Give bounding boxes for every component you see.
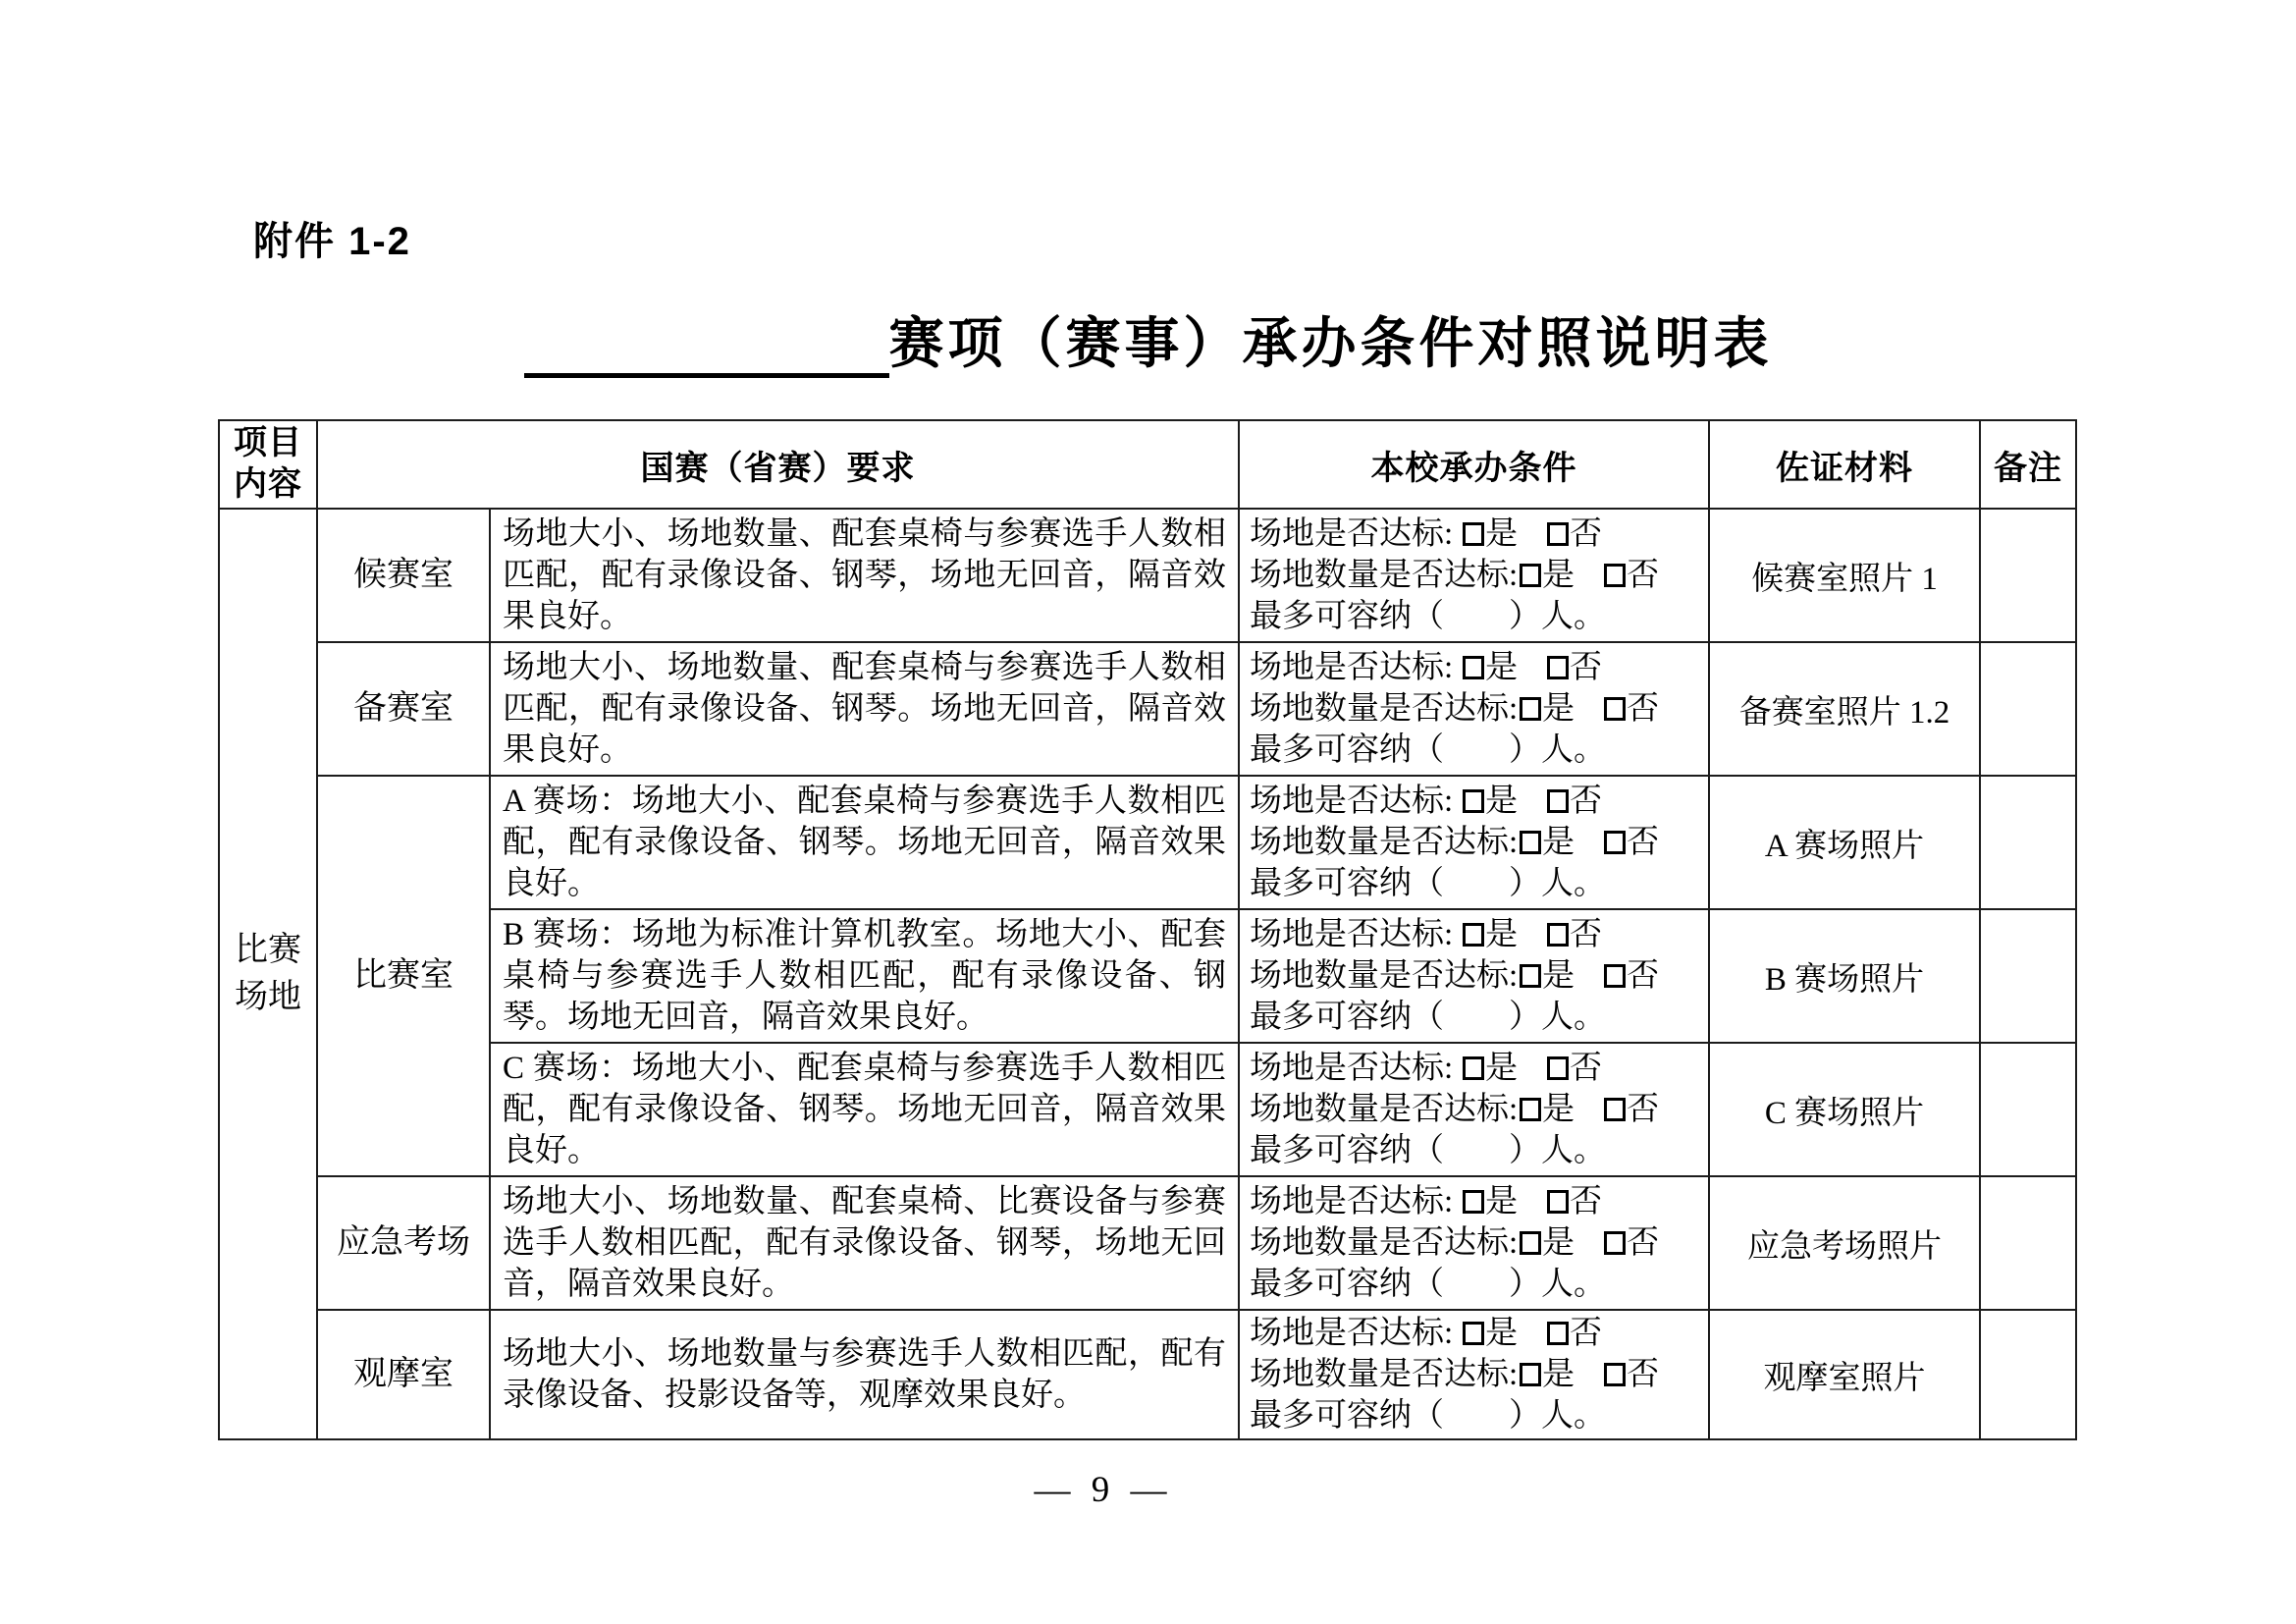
checkbox-yes-icon: [1520, 831, 1541, 854]
condition-label: 场地是否达标:: [1250, 516, 1453, 552]
requirement-cell: B 赛场：场地为标准计算机教室。场地大小、配套桌椅与参赛选手人数相匹配，配有录像…: [490, 909, 1239, 1043]
requirement-cell: 场地大小、场地数量、配套桌椅与参赛选手人数相匹配，配有录像设备、钢琴。场地无回音…: [490, 642, 1239, 776]
table-header-row: 项目 内容 国赛（省赛）要求 本校承办条件 佐证材料 备注: [219, 420, 2076, 509]
checkbox-no-icon: [1547, 656, 1569, 679]
checkbox-yes-icon: [1463, 522, 1484, 546]
yes-label: 是: [1485, 1051, 1518, 1086]
remark-cell: [1980, 1043, 2076, 1176]
requirement-cell: A 赛场：场地大小、配套桌椅与参赛选手人数相匹配，配有录像设备、钢琴。场地无回音…: [490, 776, 1239, 909]
checkbox-no-icon: [1547, 1056, 1569, 1080]
evidence-cell: A 赛场照片: [1709, 776, 1980, 909]
yes-label: 是: [1542, 1225, 1575, 1261]
no-label: 否: [1627, 825, 1659, 860]
no-label: 否: [1627, 958, 1659, 994]
evidence-cell: 备赛室照片 1.2: [1709, 642, 1980, 776]
conditions-cell: 场地是否达标:是否 场地数量是否达标:是否 最多可容纳（ ）人。: [1239, 1043, 1709, 1176]
condition-label: 场地是否达标:: [1250, 917, 1453, 952]
capacity-line: 最多可容纳（ ）人。: [1250, 596, 1700, 637]
yes-label: 是: [1485, 1316, 1518, 1351]
conditions-table: 项目 内容 国赛（省赛）要求 本校承办条件 佐证材料 备注 比赛 场地 候赛室 …: [218, 419, 2077, 1440]
conditions-cell: 场地是否达标:是否 场地数量是否达标:是否 最多可容纳（ ）人。: [1239, 776, 1709, 909]
conditions-cell: 场地是否达标:是否 场地数量是否达标:是否 最多可容纳（ ）人。: [1239, 1176, 1709, 1310]
checkbox-no-icon: [1604, 1363, 1626, 1386]
requirement-cell: 场地大小、场地数量与参赛选手人数相匹配，配有录像设备、投影设备等，观摩效果良好。: [490, 1310, 1239, 1439]
checkbox-yes-icon: [1520, 564, 1541, 587]
condition-label: 场地数量是否达标:: [1250, 1357, 1518, 1392]
checkbox-yes-icon: [1463, 1056, 1484, 1080]
no-label: 否: [1627, 1092, 1659, 1127]
checkbox-yes-icon: [1463, 789, 1484, 813]
checkbox-yes-icon: [1520, 1363, 1541, 1386]
no-label: 否: [1627, 1225, 1659, 1261]
room-cell: 观摩室: [317, 1310, 490, 1439]
evidence-cell: 观摩室照片: [1709, 1310, 1980, 1439]
checkbox-no-icon: [1604, 564, 1626, 587]
remark-cell: [1980, 509, 2076, 642]
no-label: 否: [1627, 691, 1659, 727]
header-school-conditions: 本校承办条件: [1239, 420, 1709, 509]
remark-cell: [1980, 776, 2076, 909]
yes-label: 是: [1485, 650, 1518, 685]
no-label: 否: [1627, 1357, 1659, 1392]
condition-label: 场地是否达标:: [1250, 650, 1453, 685]
yes-label: 是: [1542, 691, 1575, 727]
yes-label: 是: [1485, 1184, 1518, 1219]
capacity-line: 最多可容纳（ ）人。: [1250, 1264, 1700, 1305]
yes-label: 是: [1542, 825, 1575, 860]
checkbox-no-icon: [1547, 1322, 1569, 1345]
checkbox-yes-icon: [1463, 923, 1484, 947]
yes-label: 是: [1485, 784, 1518, 819]
condition-label: 场地是否达标:: [1250, 1051, 1453, 1086]
checkbox-yes-icon: [1520, 1231, 1541, 1255]
no-label: 否: [1570, 1051, 1602, 1086]
evidence-cell: C 赛场照片: [1709, 1043, 1980, 1176]
condition-label: 场地数量是否达标:: [1250, 1225, 1518, 1261]
conditions-cell: 场地是否达标:是否 场地数量是否达标:是否 最多可容纳（ ）人。: [1239, 509, 1709, 642]
header-project-content: 项目 内容: [219, 420, 317, 509]
room-cell: 比赛室: [317, 776, 490, 1176]
conditions-cell: 场地是否达标:是否 场地数量是否达标:是否 最多可容纳（ ）人。: [1239, 1310, 1709, 1439]
yes-label: 是: [1542, 958, 1575, 994]
conditions-cell: 场地是否达标:是否 场地数量是否达标:是否 最多可容纳（ ）人。: [1239, 642, 1709, 776]
capacity-line: 最多可容纳（ ）人。: [1250, 997, 1700, 1038]
room-cell: 候赛室: [317, 509, 490, 642]
checkbox-no-icon: [1604, 697, 1626, 721]
checkbox-no-icon: [1604, 831, 1626, 854]
remark-cell: [1980, 1310, 2076, 1439]
checkbox-no-icon: [1547, 789, 1569, 813]
condition-label: 场地数量是否达标:: [1250, 1092, 1518, 1127]
header-national-requirements: 国赛（省赛）要求: [317, 420, 1239, 509]
table-row-arena-c: C 赛场：场地大小、配套桌椅与参赛选手人数相匹配，配有录像设备、钢琴。场地无回音…: [219, 1043, 2076, 1176]
condition-label: 场地数量是否达标:: [1250, 958, 1518, 994]
capacity-line: 最多可容纳（ ）人。: [1250, 863, 1700, 904]
remark-cell: [1980, 1176, 2076, 1310]
checkbox-yes-icon: [1463, 656, 1484, 679]
condition-label: 场地数量是否达标:: [1250, 691, 1518, 727]
no-label: 否: [1570, 650, 1602, 685]
condition-label: 场地数量是否达标:: [1250, 825, 1518, 860]
table-row-arena-a: 比赛室 A 赛场：场地大小、配套桌椅与参赛选手人数相匹配，配有录像设备、钢琴。场…: [219, 776, 2076, 909]
category-cell: 比赛 场地: [219, 509, 317, 1439]
table-row-prep-room: 备赛室 场地大小、场地数量、配套桌椅与参赛选手人数相匹配，配有录像设备、钢琴。场…: [219, 642, 2076, 776]
no-label: 否: [1627, 558, 1659, 593]
checkbox-yes-icon: [1520, 964, 1541, 988]
remark-cell: [1980, 642, 2076, 776]
no-label: 否: [1570, 516, 1602, 552]
checkbox-yes-icon: [1463, 1190, 1484, 1214]
room-cell: 备赛室: [317, 642, 490, 776]
table-row-arena-b: B 赛场：场地为标准计算机教室。场地大小、配套桌椅与参赛选手人数相匹配，配有录像…: [219, 909, 2076, 1043]
checkbox-no-icon: [1547, 1190, 1569, 1214]
room-cell: 应急考场: [317, 1176, 490, 1310]
yes-label: 是: [1542, 1092, 1575, 1127]
checkbox-no-icon: [1547, 923, 1569, 947]
table-row-waiting-room: 比赛 场地 候赛室 场地大小、场地数量、配套桌椅与参赛选手人数相匹配，配有录像设…: [219, 509, 2076, 642]
checkbox-yes-icon: [1520, 697, 1541, 721]
requirement-cell: 场地大小、场地数量、配套桌椅与参赛选手人数相匹配，配有录像设备、钢琴，场地无回音…: [490, 509, 1239, 642]
evidence-cell: 候赛室照片 1: [1709, 509, 1980, 642]
checkbox-yes-icon: [1520, 1098, 1541, 1121]
capacity-line: 最多可容纳（ ）人。: [1250, 1130, 1700, 1171]
no-label: 否: [1570, 1184, 1602, 1219]
yes-label: 是: [1485, 917, 1518, 952]
checkbox-yes-icon: [1463, 1322, 1484, 1345]
title-blank-line: [524, 314, 889, 378]
remark-cell: [1980, 909, 2076, 1043]
no-label: 否: [1570, 784, 1602, 819]
requirement-cell: C 赛场：场地大小、配套桌椅与参赛选手人数相匹配，配有录像设备、钢琴。场地无回音…: [490, 1043, 1239, 1176]
doc-title-row: 赛项（赛事）承办条件对照说明表: [0, 312, 2296, 378]
no-label: 否: [1570, 1316, 1602, 1351]
requirement-cell: 场地大小、场地数量、配套桌椅、比赛设备与参赛选手人数相匹配，配有录像设备、钢琴，…: [490, 1176, 1239, 1310]
yes-label: 是: [1542, 558, 1575, 593]
checkbox-no-icon: [1604, 1231, 1626, 1255]
header-evidence: 佐证材料: [1709, 420, 1980, 509]
checkbox-no-icon: [1547, 522, 1569, 546]
capacity-line: 最多可容纳（ ）人。: [1250, 730, 1700, 771]
yes-label: 是: [1542, 1357, 1575, 1392]
evidence-cell: 应急考场照片: [1709, 1176, 1980, 1310]
table-row-emergency-room: 应急考场 场地大小、场地数量、配套桌椅、比赛设备与参赛选手人数相匹配，配有录像设…: [219, 1176, 2076, 1310]
table-row-observation-room: 观摩室 场地大小、场地数量与参赛选手人数相匹配，配有录像设备、投影设备等，观摩效…: [219, 1310, 2076, 1439]
page-number: — 9 —: [0, 1469, 2207, 1511]
checkbox-no-icon: [1604, 964, 1626, 988]
condition-label: 场地是否达标:: [1250, 784, 1453, 819]
attachment-label: 附件 1-2: [253, 210, 411, 266]
checkbox-no-icon: [1604, 1098, 1626, 1121]
no-label: 否: [1570, 917, 1602, 952]
condition-label: 场地是否达标:: [1250, 1184, 1453, 1219]
yes-label: 是: [1485, 516, 1518, 552]
evidence-cell: B 赛场照片: [1709, 909, 1980, 1043]
capacity-line: 最多可容纳（ ）人。: [1250, 1395, 1700, 1436]
condition-label: 场地是否达标:: [1250, 1316, 1453, 1351]
header-remarks: 备注: [1980, 420, 2076, 509]
page-title: 赛项（赛事）承办条件对照说明表: [889, 312, 1773, 378]
conditions-cell: 场地是否达标:是否 场地数量是否达标:是否 最多可容纳（ ）人。: [1239, 909, 1709, 1043]
condition-label: 场地数量是否达标:: [1250, 558, 1518, 593]
